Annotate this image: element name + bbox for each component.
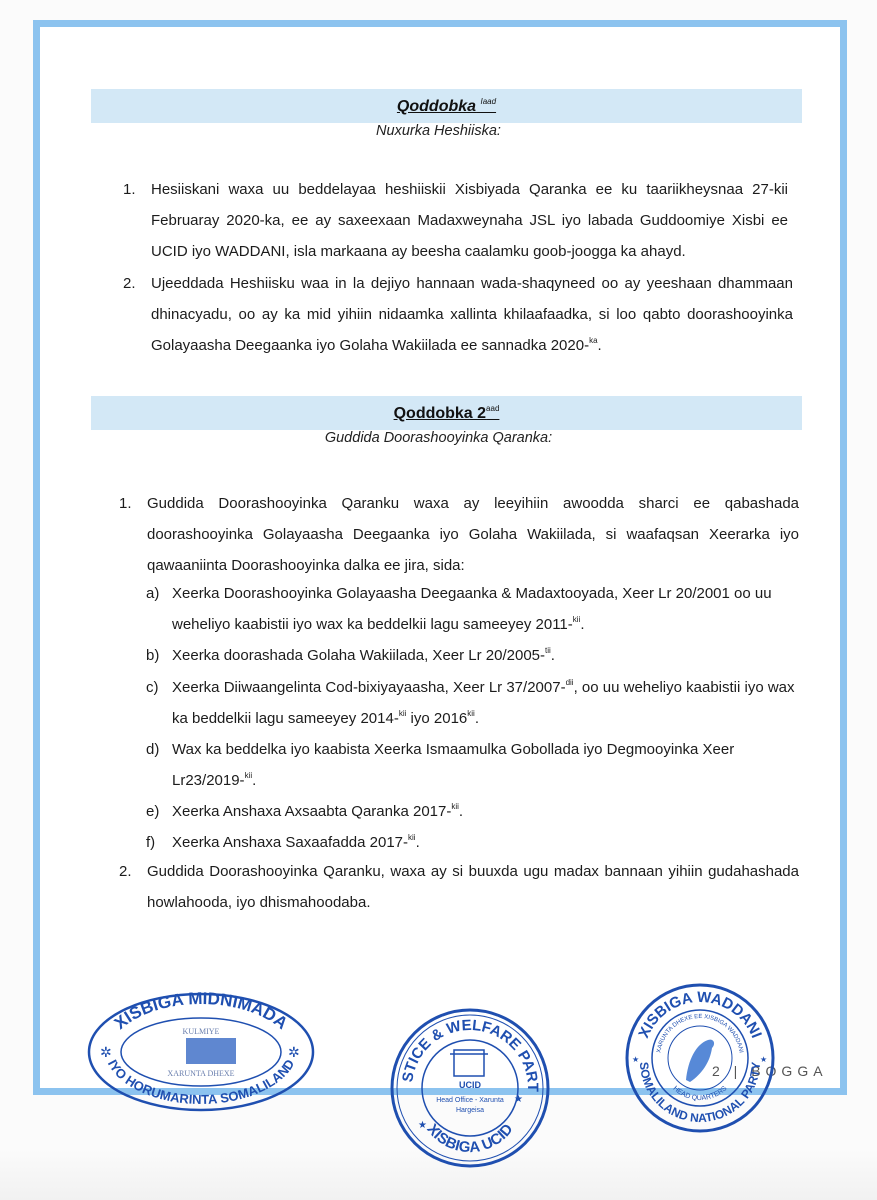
ucid-party-stamp: JUSTICE & WELFARE PARTY XISBIGA UCID UCI…: [388, 1006, 552, 1170]
article-1-title: Qoddobka Iaad: [397, 97, 496, 116]
star-icon: ★: [418, 1120, 427, 1131]
subitem-e: e) Xeerka Anshaxa Axsaabta Qaranka 2017-…: [172, 796, 798, 827]
svg-text:XARUNTA DHEXE: XARUNTA DHEXE: [167, 1069, 234, 1078]
kulmiye-logo: [186, 1038, 236, 1064]
star-icon: ✲: [100, 1044, 112, 1060]
svg-text:HEAD QUARTERS: HEAD QUARTERS: [672, 1085, 729, 1102]
article-2-heading-band: Qoddobka 2aad: [91, 396, 802, 430]
svg-text:Head Office - Xarunta: Head Office - Xarunta: [436, 1097, 504, 1104]
star-icon: ★: [760, 1055, 767, 1064]
svg-text:KULMIYE: KULMIYE: [183, 1027, 220, 1036]
article-1-item-2: 2. Ujeeddada Heshiisku waa in la dejiyo …: [151, 268, 793, 361]
waddani-party-stamp: XISBIGA WADDANI SOMALILAND NATIONAL PART…: [624, 982, 776, 1134]
svg-text:XISBIGA UCID: XISBIGA UCID: [423, 1121, 516, 1157]
subitem-f: f) Xeerka Anshaxa Saxaafadda 2017-kii.: [172, 827, 798, 858]
article-2-subtitle: Guddida Doorashooyinka Qaranka:: [0, 430, 877, 446]
subitem-c: c) Xeerka Diiwaangelinta Cod-bixiyayaash…: [172, 672, 802, 734]
svg-text:Hargeisa: Hargeisa: [456, 1107, 484, 1114]
svg-text:UCID: UCID: [459, 1080, 481, 1090]
subitem-b: b) Xeerka doorashada Golaha Wakiilada, X…: [172, 640, 798, 671]
eagle-icon: [686, 1040, 714, 1082]
article-2-item-2: 2. Guddida Doorashooyinka Qaranku, waxa …: [147, 856, 799, 918]
article-2-title: Qoddobka 2aad: [394, 404, 500, 423]
article-1-heading-band: Qoddobka Iaad: [91, 89, 802, 123]
star-icon: ★: [514, 1094, 523, 1105]
subitem-a: a) Xeerka Doorashooyinka Golayaasha Deeg…: [172, 578, 798, 640]
article-2-item-1: 1. Guddida Doorashooyinka Qaranku waxa a…: [147, 488, 799, 581]
article-1-subtitle: Nuxurka Heshiiska:: [0, 123, 877, 139]
article-1-item-1: 1. Hesiiskani waxa uu beddelayaa heshiis…: [151, 174, 788, 267]
kulmiye-party-stamp: XISBIGA MIDNIMADA IYO HORUMARINTA SOMALI…: [86, 990, 316, 1115]
star-icon: ✲: [288, 1044, 300, 1060]
star-icon: ★: [632, 1055, 639, 1064]
subitem-d: d) Wax ka beddelka iyo kaabista Xeerka I…: [172, 734, 804, 796]
